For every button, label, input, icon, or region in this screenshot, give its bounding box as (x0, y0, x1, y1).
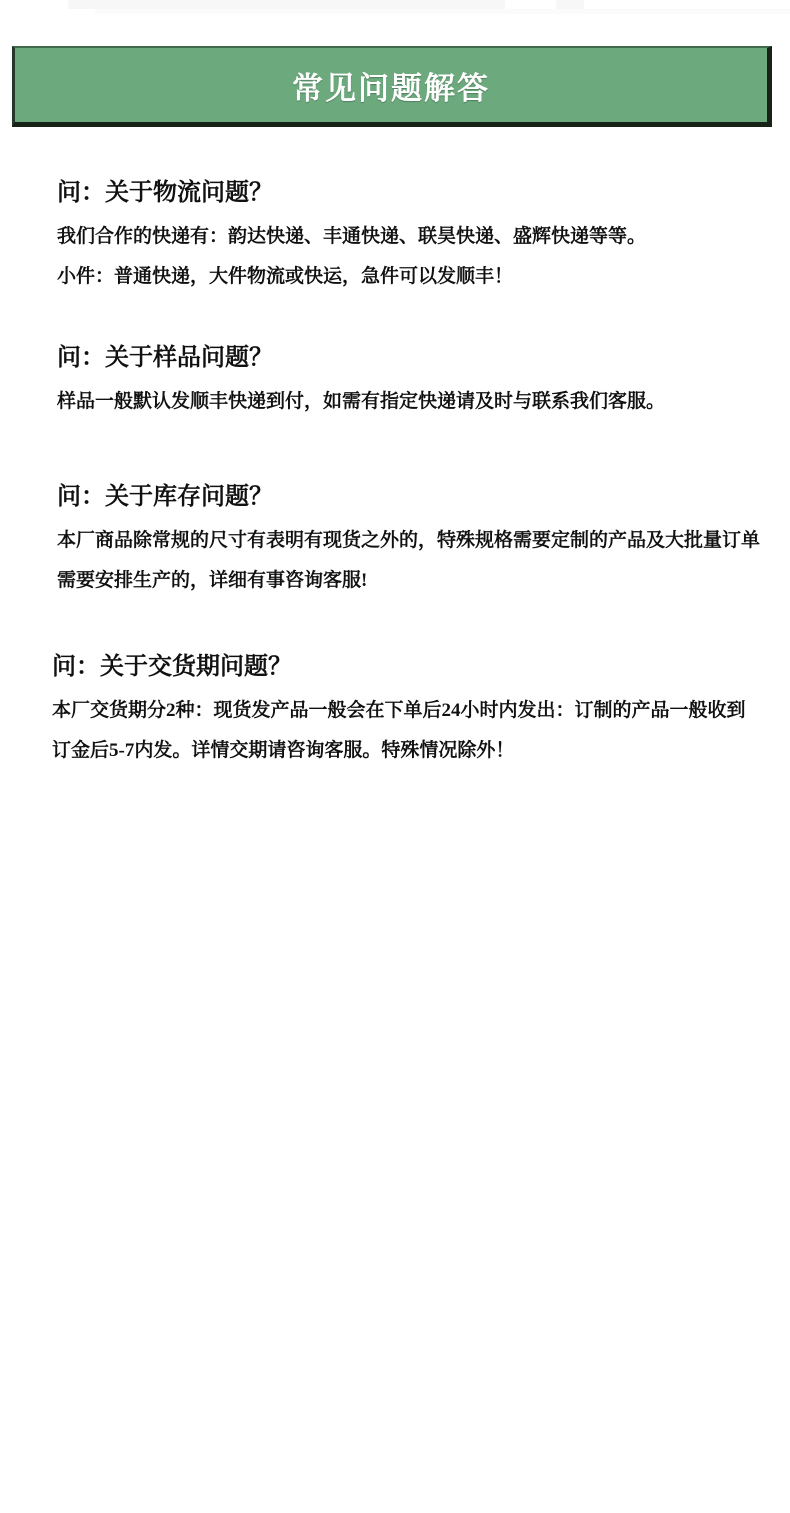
faq-section: 问：关于交货期问题？ 本厂交货期分2种：现货发产品一般会在下单后24小时内发出：… (52, 651, 770, 771)
faq-answer-line: 订金后5-7内发。详情交期请咨询客服。特殊情况除外！ (52, 731, 770, 771)
faq-question: 问：关于物流问题？ (57, 177, 770, 209)
faq-section: 问：关于物流问题？ 我们合作的快递有：韵达快递、丰通快递、联昊快递、盛辉快递等等… (57, 177, 770, 297)
faq-answers: 我们合作的快递有：韵达快递、丰通快递、联昊快递、盛辉快递等等。小件：普通快递，大… (57, 217, 770, 297)
faq-answer-line: 小件：普通快递，大件物流或快运，急件可以发顺丰！ (57, 257, 770, 297)
faq-answers: 本厂交货期分2种：现货发产品一般会在下单后24小时内发出：订制的产品一般收到订金… (52, 691, 770, 771)
faq-answer-line: 样品一般默认发顺丰快递到付，如需有指定快递请及时与联系我们客服。 (57, 382, 770, 422)
faq-answer-line: 我们合作的快递有：韵达快递、丰通快递、联昊快递、盛辉快递等等。 (57, 217, 770, 257)
faq-answer-line: 本厂交货期分2种：现货发产品一般会在下单后24小时内发出：订制的产品一般收到 (52, 691, 770, 731)
faq-banner: 常见问题解答 (12, 46, 772, 127)
faq-answers: 本厂商品除常规的尺寸有表明有现货之外的，特殊规格需要定制的产品及大批量订单需要安… (57, 521, 770, 601)
faq-question: 问：关于样品问题？ (57, 342, 770, 374)
faq-answer-line: 本厂商品除常规的尺寸有表明有现货之外的，特殊规格需要定制的产品及大批量订单 (57, 521, 770, 561)
top-edge-artifact (95, 9, 790, 14)
faq-section: 问：关于样品问题？ 样品一般默认发顺丰快递到付，如需有指定快递请及时与联系我们客… (57, 342, 770, 422)
faq-answers: 样品一般默认发顺丰快递到付，如需有指定快递请及时与联系我们客服。 (57, 382, 770, 422)
faq-page: 常见问题解答 问：关于物流问题？ 我们合作的快递有：韵达快递、丰通快递、联昊快递… (0, 0, 790, 1513)
faq-banner-title: 常见问题解答 (292, 63, 490, 108)
faq-question: 问：关于交货期问题？ (52, 651, 770, 683)
top-edge-artifact (556, 0, 584, 9)
faq-section: 问：关于库存问题？ 本厂商品除常规的尺寸有表明有现货之外的，特殊规格需要定制的产… (57, 481, 770, 601)
faq-question: 问：关于库存问题？ (57, 481, 770, 513)
faq-answer-line: 需要安排生产的，详细有事咨询客服! (57, 561, 770, 601)
top-edge-artifact (68, 0, 505, 9)
